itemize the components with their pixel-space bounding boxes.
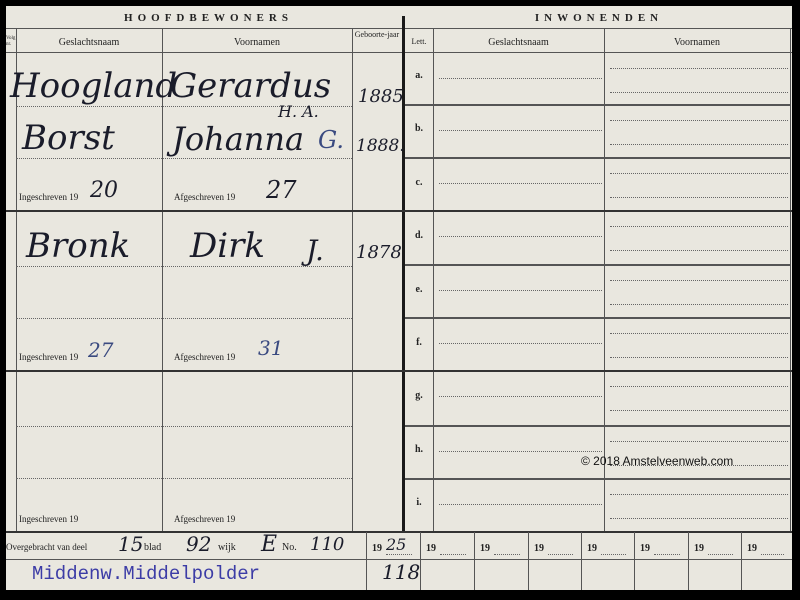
h1-p2-surname: Borst (22, 118, 115, 158)
household-rule (6, 370, 792, 372)
row-letter-f: f. (405, 337, 433, 348)
dotted-line (610, 386, 788, 387)
dotted-line (610, 92, 788, 93)
h1-afgeschreven-label: Afgeschreven 19 (174, 192, 235, 202)
dotted-line (439, 130, 602, 131)
dotted-line (16, 318, 352, 319)
dotted-line (610, 173, 788, 174)
dotted-line (610, 357, 788, 358)
blad-label: blad (144, 542, 161, 553)
dotted-line (439, 78, 602, 79)
dotted-line (439, 236, 602, 237)
year-cell-prefix: 19 (534, 543, 544, 554)
inw-surname-header: Geslachtsnaam (433, 37, 604, 48)
h2-p1-birth-year: 1878 (356, 242, 402, 263)
year-cell-prefix: 19 (372, 543, 382, 554)
h2-p1-given-names: Dirk (190, 226, 265, 266)
no-label: No. (282, 542, 297, 553)
row-rule (405, 317, 791, 319)
h1-p1-annotation: H. A. (278, 102, 319, 121)
volg-nr-header: Volg nr. (6, 36, 16, 48)
dotted-line (440, 554, 466, 555)
row-letter-c: c. (405, 177, 433, 188)
overgebracht-label: Overgebracht van deel (6, 542, 87, 552)
dotted-line (708, 554, 733, 555)
dotted-line (610, 197, 788, 198)
inwonenden-title: INWONENDEN (406, 12, 792, 24)
row-letter-a: a. (405, 70, 433, 81)
dotted-line (610, 304, 788, 305)
year-cell-prefix: 19 (747, 543, 757, 554)
col-line (474, 532, 475, 590)
dotted-line (610, 250, 788, 251)
dotted-line (439, 451, 602, 452)
row-letter-g: g. (405, 390, 433, 401)
row-rule (405, 478, 791, 480)
h3-afgeschreven-label: Afgeschreven 19 (174, 514, 235, 524)
dotted-line (16, 158, 352, 159)
h2-afgeschreven-value: 31 (258, 336, 283, 360)
dotted-line (654, 554, 680, 555)
dotted-line (548, 554, 573, 555)
year-cell-prefix: 19 (587, 543, 597, 554)
row-rule (405, 425, 791, 427)
dotted-line (494, 554, 520, 555)
wijk-label: wijk (218, 542, 236, 553)
letter-header: Lett. (405, 37, 433, 46)
row-letter-b: b. (405, 123, 433, 134)
h1-p1-birth-year: 1885 (358, 86, 404, 107)
h2-afgeschreven-label: Afgeschreven 19 (174, 352, 235, 362)
row-letter-e: e. (405, 284, 433, 295)
year-cell-prefix: 19 (694, 543, 704, 554)
dotted-line (16, 478, 352, 479)
house-number: 118 (382, 560, 420, 584)
h2-p1-annotation: J. (306, 234, 324, 267)
year-cell-prefix: 19 (480, 543, 490, 554)
dotted-line (610, 441, 788, 442)
row-rule (405, 157, 791, 159)
col-line (634, 532, 635, 590)
row-letter-d: d. (405, 230, 433, 241)
given-names-header: Voornamen (162, 37, 352, 48)
h2-ingeschreven-value: 27 (88, 338, 113, 362)
dotted-line (439, 183, 602, 184)
h3-ingeschreven-label: Ingeschreven 19 (19, 514, 78, 524)
h1-p1-given-names: Gerardus (170, 66, 331, 106)
col-line (352, 28, 353, 532)
year-cell-value: 25 (386, 535, 406, 554)
h1-p2-given-names: Johanna (172, 120, 304, 158)
col-line (528, 532, 529, 590)
header-rule (6, 52, 792, 53)
dotted-line (16, 426, 352, 427)
title-rule (6, 28, 792, 29)
dotted-line (610, 226, 788, 227)
h2-ingeschreven-label: Ingeschreven 19 (19, 352, 78, 362)
dotted-line (386, 554, 412, 555)
h2-p1-surname: Bronk (26, 226, 130, 266)
dotted-line (761, 554, 784, 555)
h1-p2-annotation: G. (318, 126, 344, 154)
dotted-line (610, 120, 788, 121)
row-rule (405, 264, 791, 266)
h1-ingeschreven-label: Ingeschreven 19 (19, 192, 78, 202)
h1-ingeschreven-value: 20 (90, 178, 118, 203)
surname-header: Geslachtsnaam (16, 37, 162, 48)
dotted-line (439, 396, 602, 397)
h1-p1-surname: Hoogland (10, 66, 177, 106)
register-card: HOOFDBEWONERS INWONENDEN Volg nr. Geslac… (6, 6, 792, 590)
dotted-line (610, 280, 788, 281)
copyright-watermark: © 2018 Amstelveenweb.com (581, 454, 733, 468)
h1-p2-birth-year: 1888. (356, 136, 405, 156)
col-line (366, 532, 367, 590)
dotted-line (16, 266, 352, 267)
dotted-line (439, 504, 602, 505)
col-line (581, 532, 582, 590)
dotted-line (610, 68, 788, 69)
wijk-value: E (261, 532, 277, 557)
location-stamp: Middenw.Middelpolder (32, 563, 260, 585)
no-value: 110 (310, 534, 344, 555)
dotted-line (439, 290, 602, 291)
row-rule (405, 104, 791, 106)
year-cell-prefix: 19 (640, 543, 650, 554)
h1-afgeschreven-value: 27 (266, 176, 297, 204)
inw-given-names-header: Voornamen (604, 37, 790, 48)
dotted-line (610, 494, 788, 495)
dotted-line (439, 343, 602, 344)
hoofdbewoners-title: HOOFDBEWONERS (16, 12, 401, 24)
blad-value: 92 (186, 532, 211, 556)
dotted-line (601, 554, 626, 555)
row-letter-i: i. (405, 497, 433, 508)
col-line (688, 532, 689, 590)
row-letter-h: h. (405, 444, 433, 455)
dotted-line (610, 333, 788, 334)
dotted-line (610, 410, 788, 411)
household-rule (6, 210, 792, 212)
year-cell-prefix: 19 (426, 543, 436, 554)
dotted-line (610, 518, 788, 519)
dotted-line (610, 144, 788, 145)
birth-year-header: Geboorte-jaar (353, 30, 401, 40)
deel-value: 15 (118, 532, 143, 556)
col-line (741, 532, 742, 590)
